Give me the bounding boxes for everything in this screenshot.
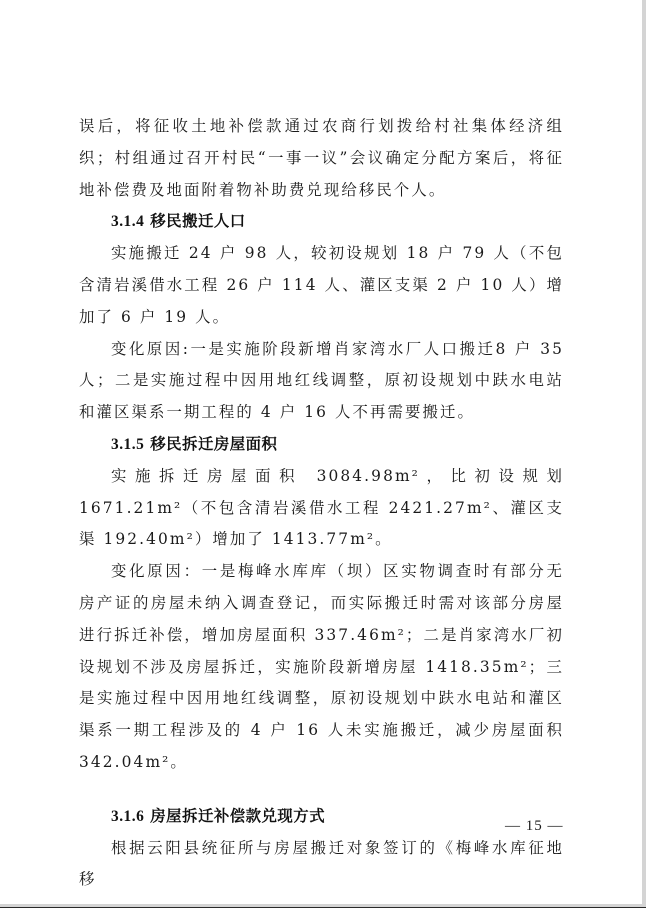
paragraph-change-reason-population: 变化原因:一是实施阶段新增肖家湾水厂人口搬迁8 户 35 人；二是实施过程中因用… [79,334,564,429]
section-heading-3-1-4: 3.1.4移民搬迁人口 [79,206,564,238]
section-heading-3-1-5: 3.1.5移民拆迁房屋面积 [79,429,564,461]
section-number: 3.1.4 [111,213,144,230]
paragraph-compensation-method: 根据云阳县统征所与房屋搬迁对象签订的《梅峰水库征地移 [79,833,564,897]
section-number: 3.1.6 [111,808,144,825]
section-heading-3-1-6: 3.1.6房屋拆迁补偿款兑现方式 [79,801,564,833]
paragraph-continuation: 误后，将征收土地补偿款通过农商行划拨给村社集体经济组织；村组通过召开村民“一事一… [79,111,564,206]
paragraph-house-area: 实施拆迁房屋面积 3084.98m²，比初设规划 1671.21m²（不包含清岩… [79,461,564,556]
paragraph-relocation-population: 实施搬迁 24 户 98 人，较初设规划 18 户 79 人（不包含清岩溪借水工… [79,238,564,333]
document-page: 误后，将征收土地补偿款通过农商行划拨给村社集体经济组织；村组通过召开村民“一事一… [0,0,646,907]
section-title: 房屋拆迁补偿款兑现方式 [150,807,325,825]
page-content: 误后，将征收土地补偿款通过农商行划拨给村社集体经济组织；村组通过召开村民“一事一… [79,111,564,896]
page-number: — 15 — [505,818,564,835]
section-title: 移民搬迁人口 [150,212,245,230]
section-number: 3.1.5 [111,436,144,453]
paragraph-change-reason-house: 变化原因：一是梅峰水库库（坝）区实物调查时有部分无房产证的房屋未纳入调查登记，而… [79,556,564,779]
section-title: 移民拆迁房屋面积 [150,435,277,453]
